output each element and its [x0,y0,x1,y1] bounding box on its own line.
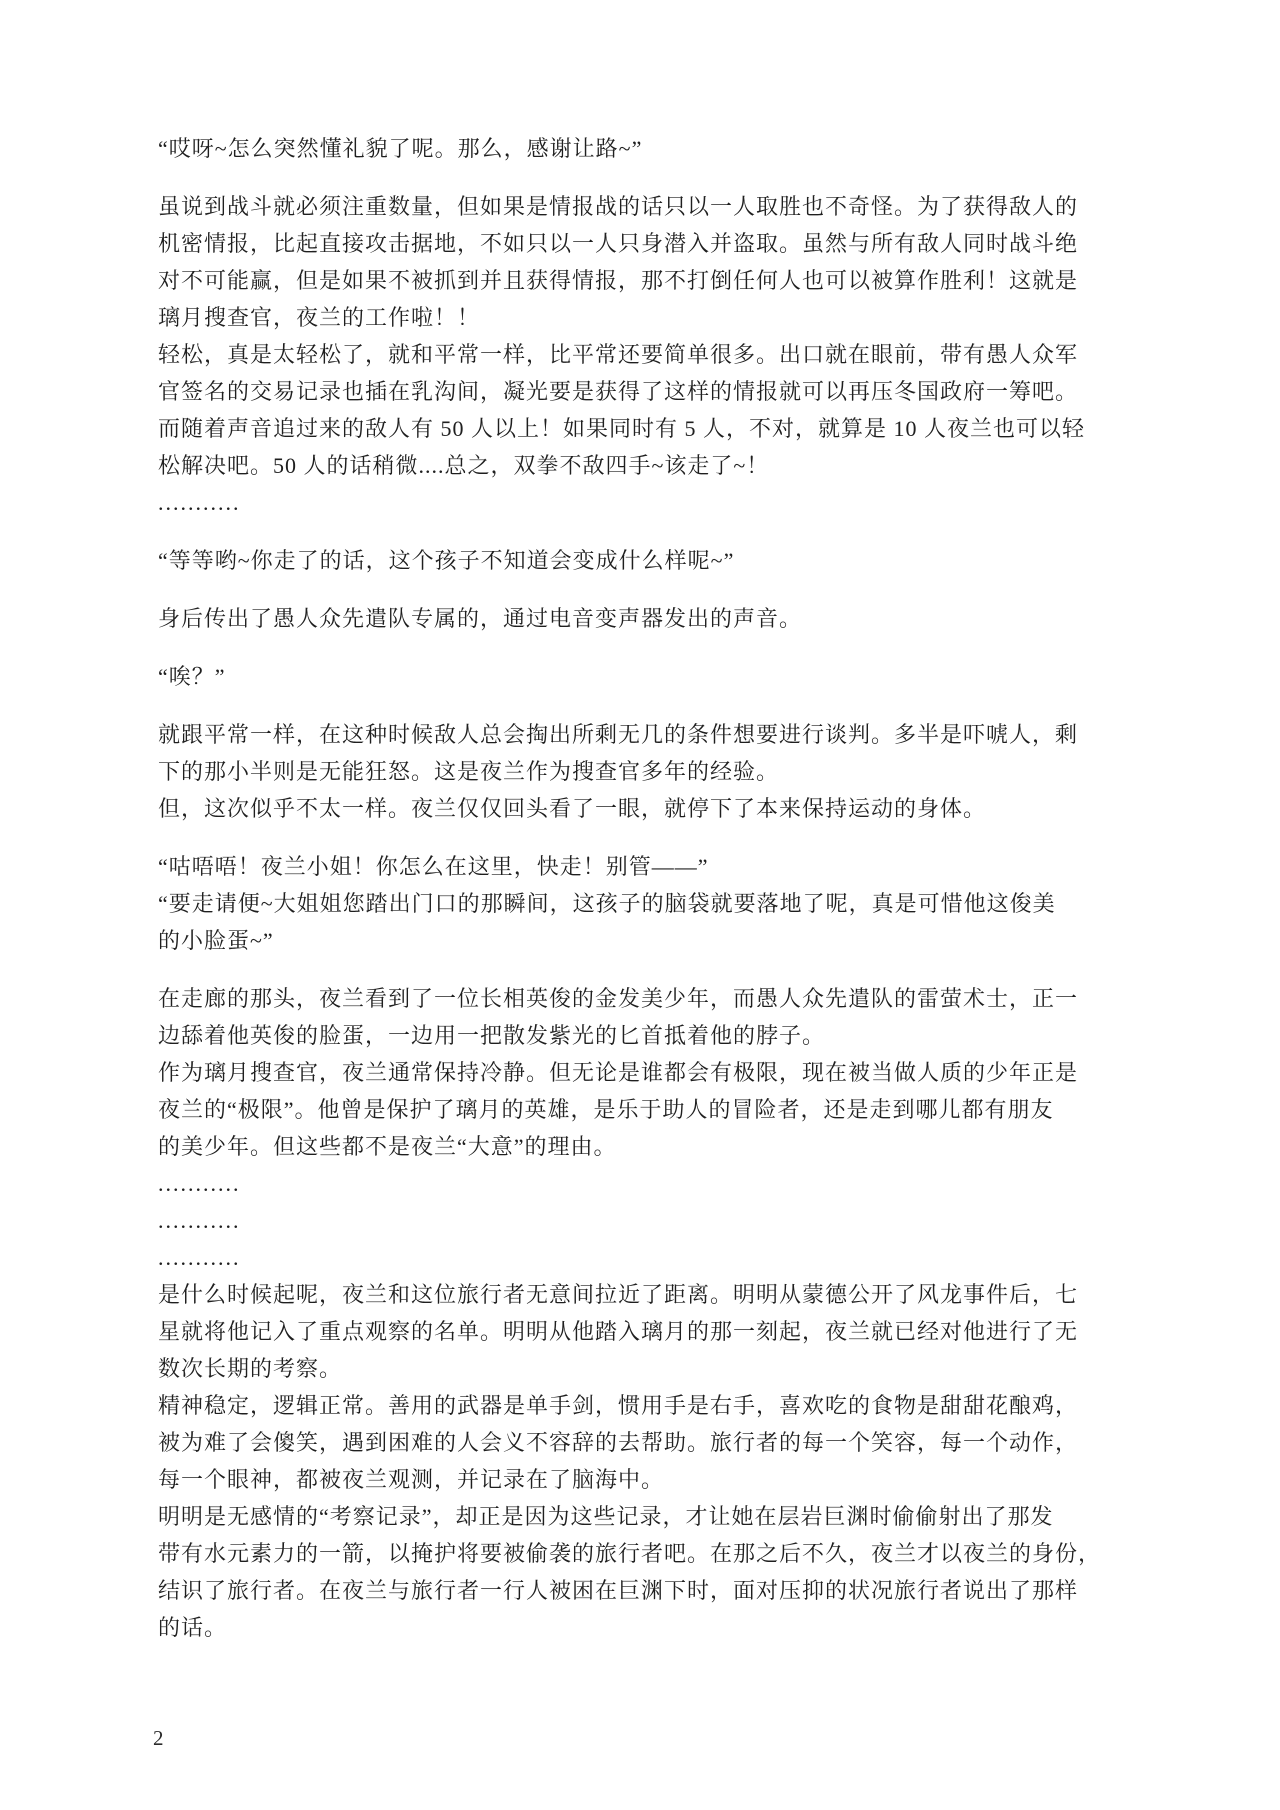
dialogue-line: “等等哟~你走了的话，这个孩子不知道会变成什么样呢~” [158,542,1172,579]
document-body: “哎呀~怎么突然懂礼貌了呢。那么，感谢让路~”虽说到战斗就必须注重数量，但如果是… [158,130,1172,1646]
dialogue-line: “哎呀~怎么突然懂礼貌了呢。那么，感谢让路~” [158,130,1172,167]
paragraph: 精神稳定，逻辑正常。善用的武器是单手剑，惯用手是右手，喜欢吃的食物是甜甜花酿鸡，… [158,1387,1172,1498]
dialogue-line: “要走请便~大姐姐您踏出门口的那瞬间，这孩子的脑袋就要落地了呢，真是可惜他这俊美… [158,885,1172,959]
paragraph-gap [158,521,1172,542]
paragraph-gap [158,637,1172,658]
paragraph: 明明是无感情的“考察记录”，却正是因为这些记录，才让她在层岩巨渊时偷偷射出了那发… [158,1498,1172,1646]
paragraph: 虽说到战斗就必须注重数量，但如果是情报战的话只以一人取胜也不奇怪。为了获得敌人的… [158,188,1172,336]
paragraph-gap [158,579,1172,600]
ellipsis-line: ........... ........... ........... [158,1165,1172,1276]
paragraph: 身后传出了愚人众先遣队专属的，通过电音变声器发出的声音。 [158,600,1172,637]
paragraph-gap [158,167,1172,188]
paragraph: 而随着声音追过来的敌人有 50 人以上！如果同时有 5 人，不对，就算是 10 … [158,410,1172,484]
paragraph-gap [158,959,1172,980]
paragraph-gap [158,695,1172,716]
paragraph: 但，这次似乎不太一样。夜兰仅仅回头看了一眼，就停下了本来保持运动的身体。 [158,790,1172,827]
paragraph: 在走廊的那头，夜兰看到了一位长相英俊的金发美少年，而愚人众先遣队的雷萤术士，正一… [158,980,1172,1054]
document-page: “哎呀~怎么突然懂礼貌了呢。那么，感谢让路~”虽说到战斗就必须注重数量，但如果是… [0,0,1280,1810]
page-number: 2 [153,1724,164,1752]
paragraph: 是什么时候起呢，夜兰和这位旅行者无意间拉近了距离。明明从蒙德公开了风龙事件后，七… [158,1276,1172,1387]
paragraph: 轻松，真是太轻松了，就和平常一样，比平常还要简单很多。出口就在眼前，带有愚人众军… [158,336,1172,410]
ellipsis-line: ........... [158,484,1172,521]
paragraph-gap [158,827,1172,848]
paragraph: 就跟平常一样，在这种时候敌人总会掏出所剩无几的条件想要进行谈判。多半是吓唬人，剩… [158,716,1172,790]
dialogue-line: “咕唔唔！夜兰小姐！你怎么在这里，快走！别管——” [158,848,1172,885]
paragraph: 作为璃月搜查官，夜兰通常保持冷静。但无论是谁都会有极限，现在被当做人质的少年正是… [158,1054,1172,1165]
dialogue-line: “唉？” [158,658,1172,695]
